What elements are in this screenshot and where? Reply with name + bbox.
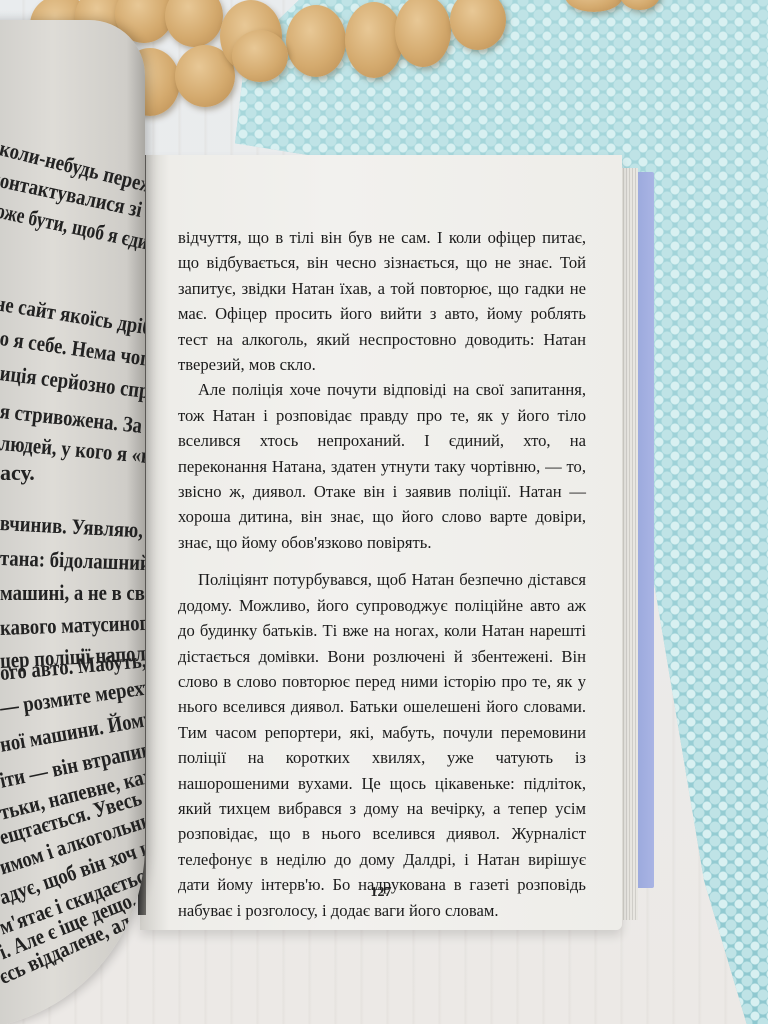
bead	[345, 2, 403, 78]
bead	[232, 30, 288, 82]
left-line: машині, а не в своєму ліжку	[0, 580, 145, 606]
right-page: відчуття, що в тілі він був не сам. І ко…	[140, 155, 622, 930]
bead	[565, 0, 623, 12]
paragraph-3: Поліціянт потурбувався, щоб Натан безпеч…	[178, 567, 586, 923]
left-line: вчинив. Уявляю, що то була	[0, 510, 145, 548]
page-text: відчуття, що в тілі він був не сам. І ко…	[178, 225, 586, 923]
bead	[450, 0, 506, 50]
left-line: асу.	[0, 460, 35, 486]
left-page: коли-небудь пережив щось контактувалися …	[0, 20, 145, 1024]
bead	[165, 0, 223, 47]
bead	[620, 0, 660, 10]
bead	[395, 0, 451, 67]
left-line: кавого матусиного «добро	[0, 607, 145, 641]
paragraph-2: Але поліція хоче почути відповіді на сво…	[178, 377, 586, 555]
paragraph-1: відчуття, що в тілі він був не сам. І ко…	[178, 225, 586, 377]
page-number: 127	[140, 885, 622, 901]
left-line: тана: бідолашний проке	[0, 545, 145, 578]
bead	[286, 5, 346, 77]
